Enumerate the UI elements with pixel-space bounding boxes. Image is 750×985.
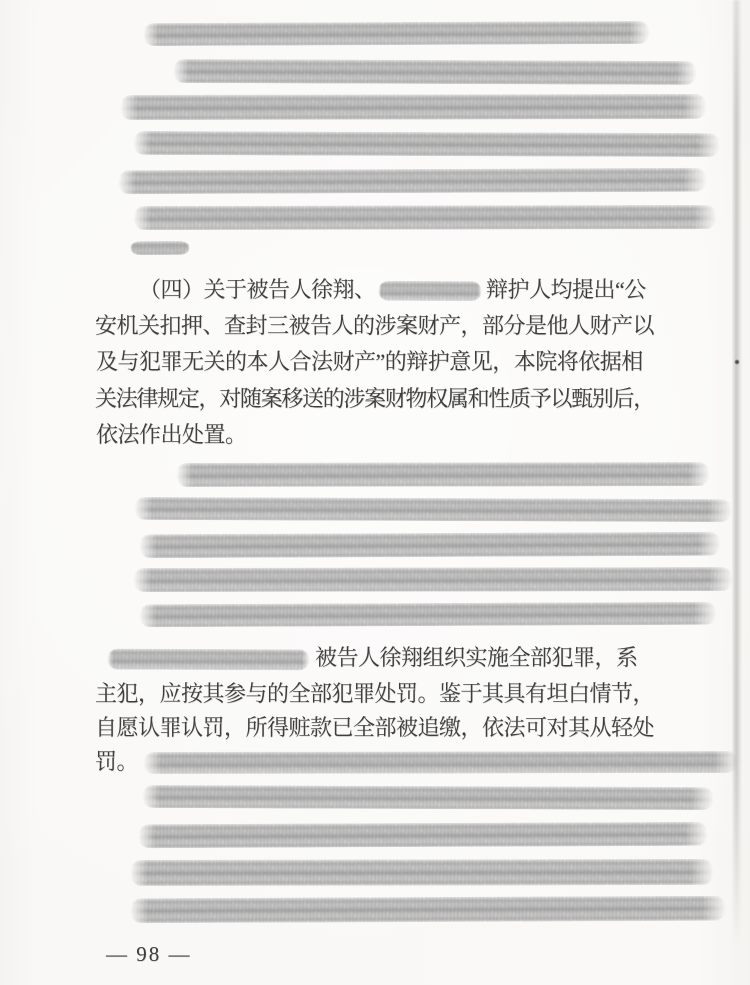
- redacted-line: [130, 896, 726, 924]
- redacted-line: [130, 859, 714, 886]
- redacted-line: [176, 462, 710, 487]
- paragraph2-line1: 被告人徐翔组织实施全部犯罪，系: [315, 646, 638, 670]
- redacted-line: [139, 602, 717, 628]
- page-edge-shadow: [732, 0, 742, 950]
- redacted-text-layer: [0, 0, 750, 985]
- redacted-line: [143, 21, 650, 46]
- paragraph2-line2: 主犯，应按其参与的全部犯罪处罚。鉴于其具有坦白情节，: [95, 682, 654, 706]
- redacted-line: [130, 241, 190, 255]
- redacted-line: [107, 649, 310, 671]
- redacted-line: [139, 532, 721, 559]
- redacted-line: [120, 94, 707, 120]
- redacted-line: [118, 168, 707, 195]
- redacted-line: [133, 131, 720, 157]
- paragraph1-line2: 安机关扣押、查封三被告人的涉案财产，部分是他人财产以: [95, 314, 654, 338]
- paragraph1-line3: 及与犯罪无关的本人合法财产”的辩护意见，本院将依据相: [96, 350, 643, 374]
- paragraph1-line5: 依法作出处置。: [96, 423, 247, 447]
- paragraph2-line3: 自愿认罪认罚，所得赃款已全部被追缴，依法可对其从轻处: [95, 716, 654, 740]
- page-number: — 98 —: [106, 942, 192, 967]
- paragraph1-line1-end: 辩护人均提出“公: [486, 278, 646, 302]
- paragraph2-line4: 罚。: [95, 750, 138, 774]
- redacted-line: [143, 751, 738, 774]
- paragraph1-line4: 关法律规定，对随案移送的涉案财物权属和性质予以甄别后，: [95, 387, 654, 411]
- paragraph1-line1-start: （四）关于被告人徐翔、: [139, 278, 376, 302]
- redacted-line: [134, 497, 732, 522]
- redacted-line: [378, 281, 482, 301]
- redacted-line: [138, 822, 708, 848]
- ink-speck: [735, 360, 739, 364]
- redacted-line: [173, 59, 697, 85]
- redacted-line: [133, 567, 733, 592]
- redacted-line: [133, 205, 717, 230]
- redacted-line: [142, 785, 714, 810]
- scanned-court-document-page: （四）关于被告人徐翔、 辩护人均提出“公 安机关扣押、查封三被告人的涉案财产，部…: [0, 0, 750, 985]
